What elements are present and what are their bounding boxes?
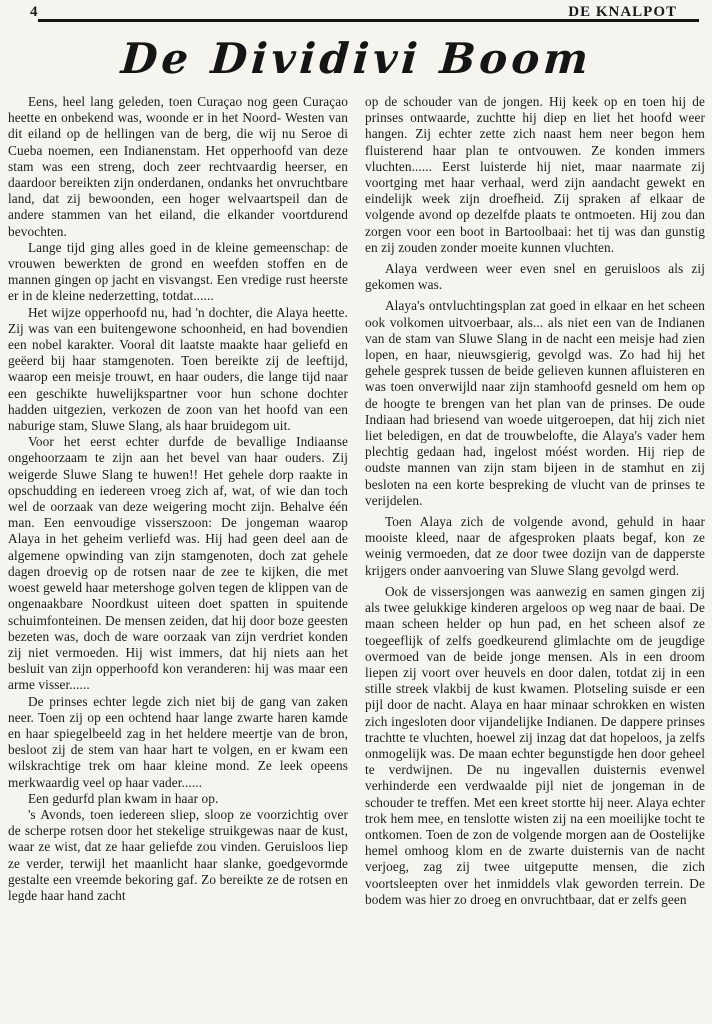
- journal-title: DE KNALPOT: [568, 5, 677, 16]
- left-column: Eens, heel lang geleden, toen Curaçao no…: [8, 94, 348, 908]
- paragraph: Alaya verdween weer even snel en geruisl…: [365, 261, 705, 293]
- paragraph: Toen Alaya zich de volgende avond, gehul…: [365, 514, 705, 579]
- paragraph: Eens, heel lang geleden, toen Curaçao no…: [8, 94, 348, 240]
- paragraph: op de schouder van de jongen. Hij keek o…: [365, 94, 705, 256]
- paragraph: Een gedurfd plan kwam in haar op.: [8, 791, 348, 807]
- magazine-page: 4 DE KNALPOT De Dividivi Boom Eens, heel…: [0, 0, 712, 1024]
- right-column: op de schouder van de jongen. Hij keek o…: [365, 94, 705, 908]
- running-header: 4 DE KNALPOT: [8, 0, 705, 16]
- paragraph: Lange tijd ging alles goed in de kleine …: [8, 240, 348, 305]
- paragraph: Het wijze opperhoofd nu, had 'n dochter,…: [8, 305, 348, 435]
- page-number: 4: [30, 5, 39, 16]
- paragraph: Alaya's ontvluchtingsplan zat goed in el…: [365, 298, 705, 509]
- paragraph: Voor het eerst echter durfde de bevallig…: [8, 434, 348, 693]
- header-rule: [38, 19, 699, 22]
- paragraph: De prinses echter legde zich niet bij de…: [8, 694, 348, 791]
- article-title: De Dividivi Boom: [7, 38, 707, 80]
- paragraph: Ook de vissersjongen was aanwezig en sam…: [365, 584, 705, 908]
- article-body: Eens, heel lang geleden, toen Curaçao no…: [8, 94, 705, 908]
- paragraph: 's Avonds, toen iedereen sliep, sloop ze…: [8, 807, 348, 904]
